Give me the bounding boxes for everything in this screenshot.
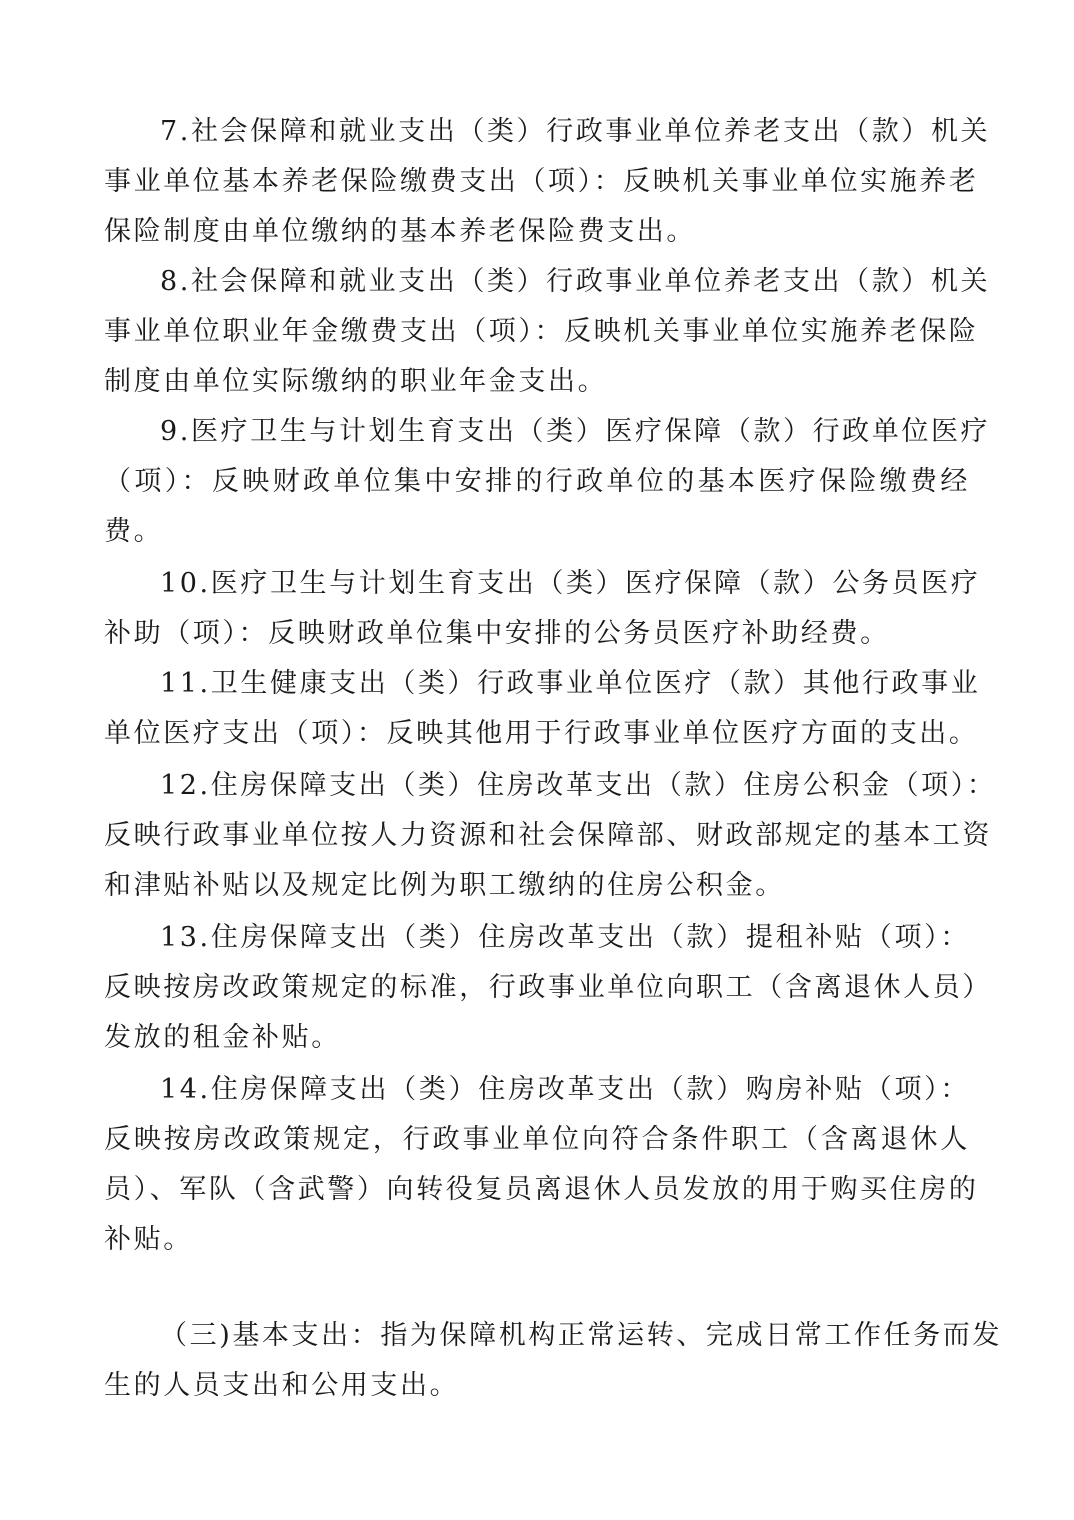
- item-10-line-1: 10.医疗卫生与计划生育支出（类）医疗保障（款）公务员医疗: [160, 564, 970, 604]
- item-13-line-2: 反映按房改政策规定的标准，行政事业单位向职工（含离退休人员）: [104, 968, 970, 1008]
- item-7-line-3: 保险制度由单位缴纳的基本养老保险费支出。: [104, 212, 970, 252]
- item-9-line-2: （项）：反映财政单位集中安排的行政单位的基本医疗保险缴费经: [104, 462, 970, 502]
- item-10-line-2: 补助（项）：反映财政单位集中安排的公务员医疗补助经费。: [104, 614, 970, 654]
- item-12-line-2: 反映行政事业单位按人力资源和社会保障部、财政部规定的基本工资: [104, 816, 970, 856]
- item-12-line-3: 和津贴补贴以及规定比例为职工缴纳的住房公积金。: [104, 866, 970, 906]
- item-14-line-4: 补贴。: [104, 1220, 970, 1260]
- item-14-line-1: 14.住房保障支出（类）住房改革支出（款）购房补贴（项）：: [160, 1070, 970, 1110]
- document-page: 7.社会保障和就业支出（类）行政事业单位养老支出（款）机关 事业单位基本养老保险…: [0, 0, 1074, 1520]
- item-8-line-1: 8.社会保障和就业支出（类）行政事业单位养老支出（款）机关: [160, 262, 970, 302]
- item-8-line-3: 制度由单位实际缴纳的职业年金支出。: [104, 362, 970, 402]
- item-7-line-1: 7.社会保障和就业支出（类）行政事业单位养老支出（款）机关: [160, 112, 970, 152]
- item-11-line-1: 11.卫生健康支出（类）行政事业单位医疗（款）其他行政事业: [160, 664, 970, 704]
- item-12-line-1: 12.住房保障支出（类）住房改革支出（款）住房公积金（项）：: [160, 766, 970, 806]
- item-13-line-1: 13.住房保障支出（类）住房改革支出（款）提租补贴（项）：: [160, 918, 970, 958]
- section-3-line-1: （三)基本支出：指为保障机构正常运转、完成日常工作任务而发: [160, 1316, 970, 1356]
- item-11-line-2: 单位医疗支出（项）：反映其他用于行政事业单位医疗方面的支出。: [104, 714, 970, 754]
- item-13-line-3: 发放的租金补贴。: [104, 1018, 970, 1058]
- item-7-line-2: 事业单位基本养老保险缴费支出（项）：反映机关事业单位实施养老: [104, 162, 970, 202]
- item-14-line-3: 员）、军队（含武警）向转役复员离退休人员发放的用于购买住房的: [104, 1170, 970, 1210]
- item-9-line-3: 费。: [104, 512, 970, 552]
- item-14-line-2: 反映按房改政策规定，行政事业单位向符合条件职工（含离退休人: [104, 1120, 970, 1160]
- section-3-line-2: 生的人员支出和公用支出。: [104, 1366, 970, 1406]
- item-9-line-1: 9.医疗卫生与计划生育支出（类）医疗保障（款）行政单位医疗: [160, 412, 970, 452]
- item-8-line-2: 事业单位职业年金缴费支出（项）：反映机关事业单位实施养老保险: [104, 312, 970, 352]
